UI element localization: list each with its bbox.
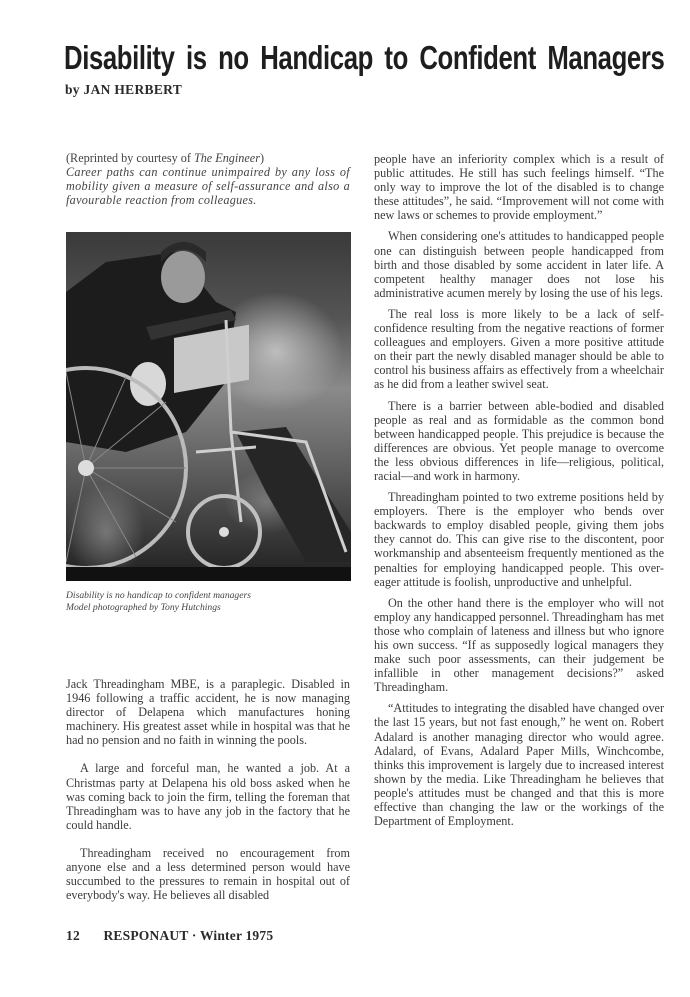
wheelchair-illustration-icon [66,232,351,581]
page-footer: 12 RESPONAUT · Winter 1975 [66,928,273,944]
issue-date: Winter 1975 [200,928,273,943]
article-title: Disability is no Handicap to Confident M… [64,38,532,78]
byline: by JAN HERBERT [65,82,182,98]
man-in-wheelchair-photo [66,232,351,581]
credit-source: The Engineer [194,151,260,165]
paragraph: On the other hand there is the employer … [374,596,664,695]
caption-line: Disability is no handicap to confident m… [66,590,356,602]
paragraph: A large and forceful man, he wanted a jo… [66,761,350,831]
credit-prefix: (Reprinted by courtesy of [66,151,194,165]
paragraph: When considering one's attitudes to hand… [374,229,664,299]
paragraph: “Attitudes to integrating the disabled h… [374,701,664,828]
left-column: Jack Threadingham MBE, is a paraplegic. … [66,677,350,909]
credit-suffix: ) [260,151,264,165]
paragraph: Threadingham received no encouragement f… [66,846,350,902]
paragraph: There is a barrier between able-bodied a… [374,399,664,484]
caption-credit: Model photographed by Tony Hutchings [66,602,356,614]
reprint-credit: (Reprinted by courtesy of The Engineer) [66,151,350,165]
publication-name: RESPONAUT [103,928,188,943]
footer-separator: · [192,928,197,943]
photo-caption: Disability is no handicap to confident m… [66,590,356,613]
standfirst: Career paths can continue unimpaired by … [66,165,350,207]
right-column: people have an inferiority complex which… [374,152,664,835]
paragraph: people have an inferiority complex which… [374,152,664,222]
intro-block: (Reprinted by courtesy of The Engineer) … [66,151,350,207]
paragraph: The real loss is more likely to be a lac… [374,307,664,392]
paragraph: Jack Threadingham MBE, is a paraplegic. … [66,677,350,747]
paragraph: Threadingham pointed to two extreme posi… [374,490,664,589]
page-number: 12 [66,928,80,943]
